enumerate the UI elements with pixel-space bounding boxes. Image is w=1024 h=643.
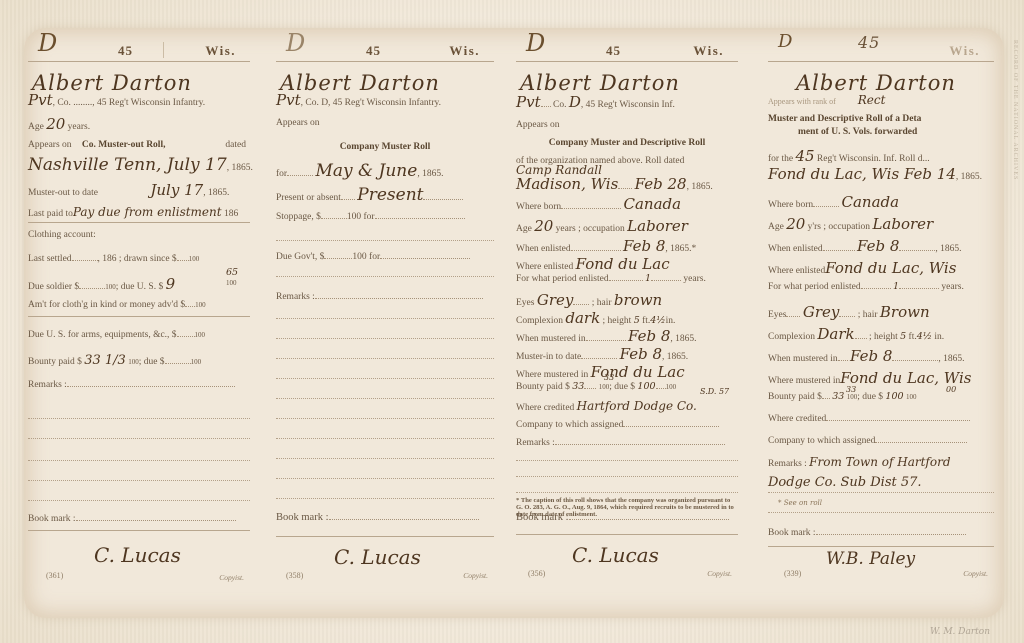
card-header: D 45 Wis.	[516, 36, 738, 62]
book-mark-line: Book mark :	[28, 514, 250, 524]
cents-denominator: 100	[195, 331, 206, 339]
bounty-due-label: ; due $	[609, 382, 635, 392]
remarks-rule	[276, 458, 494, 459]
last-paid-line: Last paid toPay due from enlistment 186	[28, 206, 250, 219]
enlisted-date: Feb 8	[623, 237, 665, 255]
roll-type: Company Muster and Descriptive Roll	[516, 138, 738, 148]
remarks-rule	[768, 512, 994, 513]
where-mustered-label: Where mustered in	[768, 376, 840, 386]
age-value: 20	[46, 115, 65, 133]
complexion-label: Complexion	[516, 316, 563, 326]
due-soldier-label: Due soldier $	[28, 282, 79, 292]
eyes-hair-line: Eyes Grey ; hair Brown	[768, 304, 994, 321]
bounty-value: 33 1/3	[84, 353, 126, 368]
rank-value: Pvt	[276, 91, 301, 109]
roll-type-2: ment of U. S. Vols. forwarded	[798, 127, 994, 137]
due-arms-label: Due U. S. for arms, equipments, &c., $	[28, 330, 177, 340]
muster-out-line: Muster-out to date July 17, 1865.	[28, 182, 250, 199]
last-settled-label: Last settled	[28, 254, 72, 264]
company-letter: D	[286, 30, 305, 56]
remarks-rule	[516, 476, 738, 477]
company-assigned-line: Company to which assigned	[768, 436, 994, 446]
divider	[516, 534, 738, 535]
present-label: Present or absent	[276, 193, 341, 203]
height-label: ; height	[603, 316, 632, 326]
remarks-text-1: From Town of Hartford	[809, 455, 950, 469]
for-line: for May & June, 1865.	[276, 162, 494, 181]
for-label: for	[276, 169, 287, 179]
divider	[28, 530, 250, 531]
service-card-muster-out: D 45 Wis. Albert Darton Pvt, Co. .......…	[28, 36, 250, 584]
rank-value: Pvt	[516, 93, 541, 111]
age-label: Age	[516, 224, 532, 234]
roll-year: , 1865.	[687, 182, 713, 192]
rank-line: Pvt Co. D, 45 Reg't Wisconsin Inf.	[516, 94, 738, 111]
due-us-label: ; due U. S. $	[116, 282, 164, 292]
copyist-signature: W.B. Paley	[826, 550, 915, 569]
company-letter: D	[38, 30, 57, 56]
last-paid-label: Last paid to	[28, 209, 73, 219]
stoppage-suffix: 100 for	[347, 212, 375, 222]
age-value: 20	[786, 215, 805, 233]
bounty-line: Bounty paid $ 33 33 100; due $ 100100 S.…	[516, 382, 738, 392]
bounty-due-cents: 00	[946, 386, 956, 395]
copyist-label: Copyist.	[463, 572, 488, 580]
company-assigned-line: Company to which assigned	[516, 420, 738, 430]
age-value: 20	[534, 217, 553, 235]
mustered-in-label: When mustered in	[516, 334, 586, 344]
muster-out-year: , 1865.	[203, 188, 229, 198]
book-mark-line: Book mark :	[768, 528, 994, 538]
occupation-value: Laborer	[872, 215, 933, 233]
roll-type-1: Muster and Descriptive Roll of a Deta	[768, 114, 994, 124]
regiment-number: 45	[118, 44, 133, 58]
appears-on-label: Appears on	[516, 120, 738, 130]
enlisted-label: When enlisted	[516, 244, 571, 254]
period-value: 1	[645, 273, 651, 284]
bounty-due-label: ; due $	[857, 392, 883, 402]
rank-label: Appears with rank of	[768, 97, 836, 106]
remarks-rule	[28, 480, 250, 481]
remarks-rule	[276, 318, 494, 319]
age-line: Age 20 years.	[28, 116, 250, 133]
cents-denominator: 100	[226, 280, 237, 288]
company-letter: D	[526, 30, 545, 56]
for-value: 45	[795, 147, 814, 165]
regiment-number: 45	[606, 44, 621, 58]
rank-line: Pvt, Co. ........, 45 Reg't Wisconsin In…	[28, 92, 250, 109]
born-value: Canada	[841, 193, 899, 211]
muster-to-date-label: Muster-in to date	[516, 352, 581, 362]
where-enlisted-label: Where enlisted	[768, 266, 825, 276]
where-mustered-line: Where mustered in Fond du Lac	[516, 364, 738, 381]
muster-to-date-year: , 1865.	[662, 352, 688, 362]
amount-clothing-line: Am't for cloth'g in kind or money adv'd …	[28, 300, 250, 310]
credited-line: Where credited Hartford Dodge Co.	[516, 400, 738, 413]
book-mark-label: Book mark :	[768, 528, 816, 538]
mustered-in-label: When mustered in	[768, 354, 838, 364]
where-enlisted-value: Fond du Lac	[576, 255, 670, 273]
remarks-line: Remarks :	[28, 380, 250, 390]
last-paid-value: Pay due from enlistment	[73, 205, 222, 219]
book-mark-line: Book mark :	[516, 512, 738, 524]
remarks-rule	[516, 492, 738, 493]
amount-clothing-label: Am't for cloth'g in kind or money adv'd …	[28, 300, 185, 310]
book-mark-label: Book mark :	[516, 512, 569, 523]
card-header: D 45 Wis.	[276, 36, 494, 62]
credited-label: Where credited	[516, 403, 574, 413]
service-card-detachment-roll: D 45 Wis. Albert Darton Appears with ran…	[768, 36, 994, 584]
bounty-label: Bounty paid $	[28, 357, 82, 367]
unit-label: , Co. D, 45 Reg't Wisconsin Infantry.	[301, 98, 441, 108]
divider	[768, 546, 994, 547]
born-line: Where born Canada	[768, 194, 994, 211]
enlisted-date: Feb 8	[857, 237, 899, 255]
height-feet: 5	[634, 315, 640, 326]
remarks-rule	[768, 492, 994, 493]
due-gov-line: Due Gov't, $100 for	[276, 252, 494, 262]
roll-date: Feb 28	[635, 175, 687, 193]
state-abbrev: Wis.	[693, 44, 724, 58]
dated-label: dated	[225, 140, 246, 150]
due-us-value: 9	[166, 275, 176, 293]
age-line: Age 20 years ; occupation Laborer	[516, 218, 738, 235]
state-abbrev: Wis.	[949, 44, 980, 58]
eyes-hair-line: Eyes Grey ; hair brown	[516, 292, 738, 309]
muster-to-date-line: Muster-in to date Feb 8, 1865.	[516, 346, 738, 363]
period-line: For what period enlisted 1 years.	[768, 282, 994, 292]
remarks-rule	[28, 460, 250, 461]
bounty-due-value: 100	[637, 381, 655, 392]
height-inches: 4½	[917, 331, 932, 342]
where-mustered-line: Where mustered inFond du Lac, Wis	[768, 370, 994, 387]
remarks-label: Remarks :	[768, 459, 807, 469]
rank-line: Pvt, Co. D, 45 Reg't Wisconsin Infantry.	[276, 92, 494, 109]
state-abbrev: Wis.	[449, 44, 480, 58]
eyes-value: Grey	[537, 291, 574, 309]
bounty-label: Bounty paid $	[516, 382, 570, 392]
period-value: 1	[893, 281, 899, 292]
company-assigned-label: Company to which assigned	[516, 420, 623, 430]
where-enlisted-line: Where enlistedFond du Lac, Wis	[768, 260, 994, 277]
remarks-rule	[276, 338, 494, 339]
hair-label: ; hair	[858, 310, 878, 320]
bounty-note: S.D. 57	[700, 388, 729, 397]
for-suffix: Reg't Wisconsin. Inf. Roll d...	[817, 154, 930, 164]
enlisted-line: When enlisted Feb 8, 1865.	[768, 238, 994, 255]
company-letter: D	[778, 32, 792, 52]
stoppage-label: Stoppage, $	[276, 212, 321, 222]
roll-place-date: Nashville Tenn, July 17	[28, 155, 227, 175]
complexion-value: dark	[565, 309, 600, 327]
appears-on-label: Appears on	[276, 118, 494, 128]
drawn-since-label: , 186 ; drawn since $	[98, 254, 177, 264]
cents-denominator: 100	[128, 358, 139, 366]
company-assigned-label: Company to which assigned	[768, 436, 875, 446]
due-gov-rule	[276, 276, 494, 277]
service-card-descriptive-roll: D 45 Wis. Albert Darton Pvt Co. D, 45 Re…	[516, 36, 738, 584]
book-mark-label: Book mark :	[28, 514, 76, 524]
roll-place-line: Madison, Wis Feb 28, 1865.	[516, 176, 738, 193]
bounty-label: Bounty paid $	[768, 392, 822, 402]
for-value: May & June	[315, 161, 417, 181]
present-value: Present	[357, 185, 423, 205]
copyist-signature: C. Lucas	[572, 544, 659, 566]
due-gov-suffix: 100 for	[352, 252, 380, 262]
remarks-rule	[276, 498, 494, 499]
co-label: Co.	[553, 100, 566, 110]
service-card-muster-roll: D 45 Wis. Albert Darton Pvt, Co. D, 45 R…	[276, 36, 494, 584]
remarks-line: Remarks :	[276, 292, 494, 302]
enlisted-line: When enlisted Feb 8, 1865.*	[516, 238, 738, 255]
hair-label: ; hair	[592, 298, 612, 308]
watermark-signature: W. M. Darton	[930, 627, 990, 637]
remarks-rule	[28, 418, 250, 419]
roll-year: , 1865.	[227, 163, 253, 173]
co-value: D	[569, 93, 581, 111]
due-gov-label: Due Gov't, $	[276, 252, 324, 262]
age-line: Age 20 y'rs ; occupation Laborer	[768, 216, 994, 233]
hair-value: brown	[614, 291, 662, 309]
header-divider	[163, 42, 164, 58]
period-suffix: years.	[683, 274, 705, 284]
rank-line: Appears with rank of Rect	[768, 94, 994, 107]
period-label: For what period enlisted	[768, 282, 861, 292]
remarks-rule	[276, 378, 494, 379]
remarks-rule	[276, 418, 494, 419]
credited-line: Where credited	[768, 414, 994, 424]
state-abbrev: Wis.	[205, 44, 236, 58]
where-mustered-label: Where mustered in	[516, 370, 588, 380]
book-mark-line: Book mark :	[276, 512, 494, 524]
muster-to-date-value: Feb 8	[620, 345, 662, 363]
remarks-text-3: * See on roll	[778, 500, 994, 508]
unit-label: , Co. ........, 45 Reg't Wisconsin Infan…	[53, 98, 206, 108]
appears-on-label: Appears on	[28, 140, 72, 150]
clothing-account-label: Clothing account:	[28, 230, 250, 240]
height-feet: 5	[900, 331, 906, 342]
bounty-value: 33	[832, 391, 844, 402]
regiment-number: 45	[366, 44, 381, 58]
credited-label: Where credited	[768, 414, 826, 424]
appears-on-line: Appears on Co. Muster-out Roll, dated	[28, 140, 250, 150]
remarks-rule	[276, 398, 494, 399]
where-enlisted-label: Where enlisted	[516, 262, 573, 272]
bounty-cents: 33	[846, 386, 856, 395]
roll-year: , 1865.	[956, 172, 982, 182]
divider	[28, 222, 250, 223]
due-arms-line: Due U. S. for arms, equipments, &c., $10…	[28, 330, 250, 340]
height-inches: 4½	[650, 315, 665, 326]
height-label: ; height	[869, 332, 898, 342]
form-number: (358)	[286, 572, 303, 581]
archive-side-text: RECORD OF THE NATIONAL ARCHIVES	[1012, 40, 1018, 180]
roll-type: Co. Muster-out Roll,	[82, 140, 166, 150]
remarks-line: Remarks : From Town of Hartford	[768, 456, 994, 469]
form-number: (339)	[784, 570, 801, 579]
remarks-rule	[28, 438, 250, 439]
eyes-value: Grey	[803, 303, 840, 321]
muster-out-date: July 17	[150, 181, 203, 199]
occupation-value: Laborer	[627, 217, 688, 235]
muster-out-label: Muster-out to date	[28, 188, 98, 198]
mustered-in-year: , 1865.	[938, 354, 964, 364]
form-number: (356)	[528, 570, 545, 579]
remarks-line: Remarks :	[516, 438, 738, 448]
stoppage-line: Stoppage, $100 for	[276, 212, 494, 222]
bounty-due-label: ; due $	[139, 357, 165, 367]
unit-label: , 45 Reg't Wisconsin Inf.	[581, 100, 675, 110]
remarks-label: Remarks :	[516, 438, 555, 448]
cents-denominator: 100	[189, 255, 200, 263]
roll-place-date: Fond du Lac, Wis Feb 14	[768, 165, 956, 183]
regiment-number: 45	[858, 34, 880, 52]
born-label: Where born	[516, 202, 561, 212]
remarks-rule	[28, 500, 250, 501]
remarks-rule	[276, 438, 494, 439]
card-header: D 45 Wis.	[768, 36, 994, 62]
roll-place-2: Madison, Wis	[516, 175, 618, 193]
eyes-label: Eyes	[516, 298, 534, 308]
period-line: For what period enlisted 1 years.	[516, 274, 738, 284]
occupation-label: years ; occupation	[556, 224, 625, 234]
present-line: Present or absent Present	[276, 186, 494, 205]
cents-denominator: 100	[195, 301, 206, 309]
complexion-line: Complexion dark ; height 5 ft.4½in.	[516, 310, 738, 327]
remarks-rule	[516, 460, 738, 461]
bounty-cents: 33	[604, 374, 614, 383]
bounty-value: 33	[572, 381, 584, 392]
copyist-label: Copyist.	[963, 570, 988, 578]
roll-date-line: Nashville Tenn, July 17, 1865.	[28, 156, 250, 175]
enlisted-year: , 1865.	[935, 244, 961, 254]
remarks-rule	[276, 478, 494, 479]
complexion-label: Complexion	[768, 332, 815, 342]
last-settled-line: Last settled, 186 ; drawn since $100	[28, 254, 250, 264]
remarks-label: Remarks :	[28, 380, 67, 390]
mustered-in-date: Feb 8	[850, 347, 892, 365]
complexion-line: Complexion Dark ; height 5 ft.4½ in.	[768, 326, 994, 343]
rank-value: Rect	[858, 93, 886, 107]
stoppage-rule	[276, 240, 494, 241]
age-suffix: years.	[68, 122, 90, 132]
copyist-signature: C. Lucas	[94, 544, 181, 566]
mustered-in-line: When mustered in Feb 8, 1865.	[768, 348, 994, 365]
last-paid-year: 186	[224, 209, 238, 219]
born-label: Where born	[768, 200, 813, 210]
mustered-in-year: , 1865.	[670, 334, 696, 344]
remarks-label: Remarks :	[276, 292, 315, 302]
divider	[28, 316, 250, 317]
remarks-text-2: Dodge Co. Sub Dist 57.	[768, 476, 994, 490]
complexion-value: Dark	[817, 325, 854, 343]
credited-value: Hartford Dodge Co.	[577, 399, 697, 413]
where-enlisted-line: Where enlisted Fond du Lac	[516, 256, 738, 273]
bounty-due-value: 100	[885, 391, 903, 402]
born-line: Where born Canada	[516, 196, 738, 213]
age-label: Age	[768, 222, 784, 232]
copyist-label: Copyist.	[219, 574, 244, 582]
book-mark-label: Book mark :	[276, 512, 329, 523]
roll-place-date-line: Fond du Lac, Wis Feb 14, 1865.	[768, 166, 994, 183]
where-enlisted-value: Fond du Lac, Wis	[825, 259, 956, 277]
hair-value: Brown	[880, 303, 930, 321]
period-label: For what period enlisted	[516, 274, 609, 284]
mustered-in-line: When mustered in Feb 8, 1865.	[516, 328, 738, 345]
due-soldier-line: Due soldier $100; due U. S. $ 9 65 100	[28, 276, 250, 293]
bounty-line: Bounty paid $ 33 1/3 100; due $100	[28, 354, 250, 368]
remarks-rule	[276, 358, 494, 359]
roll-type: Company Muster Roll	[276, 142, 494, 152]
due-us-cents: 65	[226, 268, 238, 278]
for-year: , 1865.	[417, 169, 443, 179]
occupation-label: y'rs ; occupation	[808, 222, 870, 232]
enlisted-label: When enlisted	[768, 244, 823, 254]
for-line: for the 45 Reg't Wisconsin. Inf. Roll d.…	[768, 148, 994, 165]
cents-denominator: 100	[105, 283, 116, 291]
form-number: (361)	[46, 572, 63, 581]
born-value: Canada	[623, 195, 681, 213]
card-header: D 45 Wis.	[28, 36, 250, 62]
period-suffix: years.	[941, 282, 963, 292]
mustered-in-date: Feb 8	[628, 327, 670, 345]
copyist-label: Copyist.	[707, 570, 732, 578]
enlisted-year: , 1865.*	[665, 244, 696, 254]
eyes-label: Eyes	[768, 310, 786, 320]
for-label: for the	[768, 154, 793, 164]
copyist-signature: C. Lucas	[334, 546, 421, 568]
age-label: Age	[28, 122, 44, 132]
bounty-line: Bounty paid $ 33 33 100; due $ 100 00 10…	[768, 392, 994, 402]
rank-value: Pvt	[28, 91, 53, 109]
cents-denominator: 100	[191, 358, 202, 366]
divider	[276, 536, 494, 537]
